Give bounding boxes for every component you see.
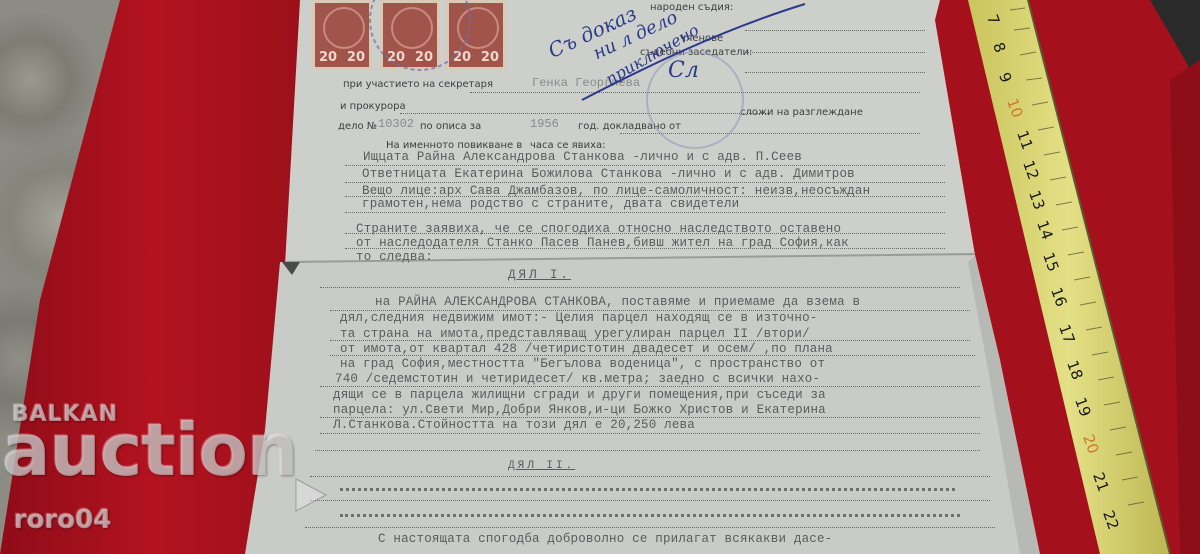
watermark-seller: roro04 [14, 505, 112, 535]
watermark-brand-main: auction [2, 408, 297, 492]
watermark-play-icon [292, 475, 332, 515]
